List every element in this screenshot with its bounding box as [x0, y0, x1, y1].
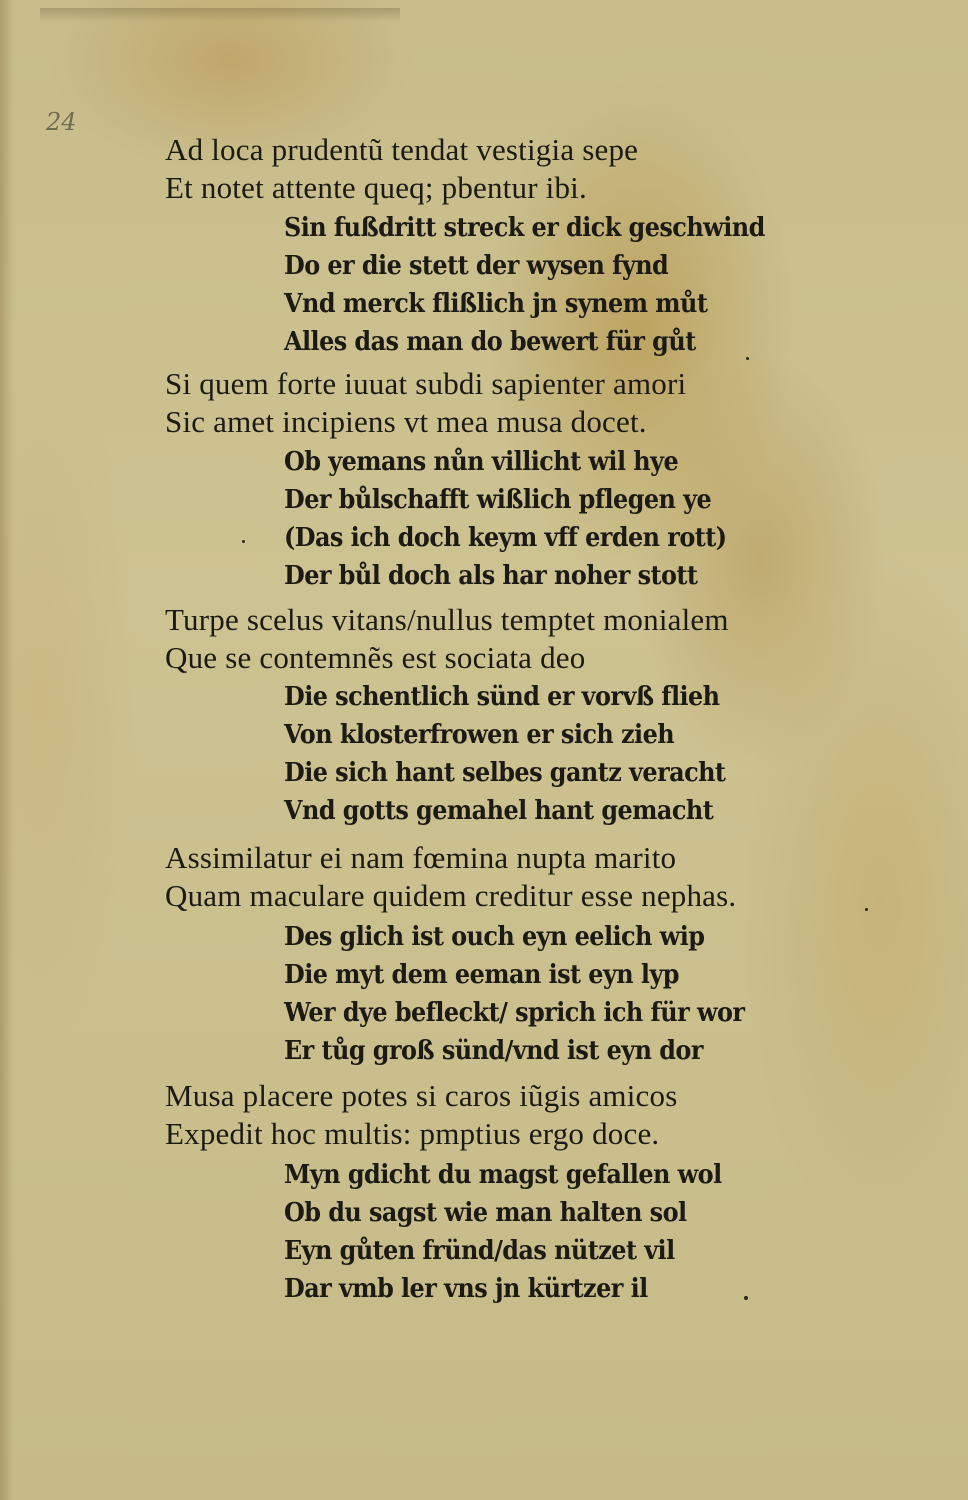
german-line: Dar vmb ler vns jn kürtzer il: [284, 1274, 648, 1304]
latin-line: Assimilatur ei nam fœmina nupta marito: [165, 840, 676, 876]
german-line: Vnd gotts gemahel hant gemacht: [284, 796, 713, 826]
german-line: (Das ich doch keym vff erden rott): [284, 523, 727, 553]
german-line: Der bůl doch als har noher stott: [284, 561, 697, 591]
german-line: Wer dye befleckt/ sprich ich für wor: [284, 998, 744, 1028]
folio-number: 24: [46, 108, 77, 136]
ink-speck: [744, 1296, 748, 1300]
scanned-page: 24 Ad loca prudentũ tendat vestigia sepe…: [0, 0, 968, 1500]
german-line: Der bůlschafft wißlich pflegen ye: [284, 485, 711, 515]
latin-line: Ad loca prudentũ tendat vestigia sepe: [165, 132, 638, 168]
german-line: Do er die stett der wysen fynd: [284, 251, 668, 281]
german-line: Eyn gůten fründ/das nützet vil: [284, 1236, 675, 1266]
german-line: Ob du sagst wie man halten sol: [284, 1198, 687, 1228]
latin-line: Et notet attente queq; pbentur ibi.: [165, 170, 587, 206]
latin-line: Quam maculare quidem creditur esse nepha…: [165, 878, 736, 914]
latin-line: Turpe scelus vitans/nullus temptet monia…: [165, 602, 729, 638]
german-line: Alles das man do bewert für gůt: [284, 327, 696, 357]
latin-line: Si quem forte iuuat subdi sapienter amor…: [165, 366, 686, 402]
ink-speck: [865, 908, 868, 911]
latin-line: Sic amet incipiens vt mea musa docet.: [165, 404, 647, 440]
german-line: Vnd merck flißlich jn synem můt: [284, 289, 707, 319]
ink-speck: [746, 357, 749, 360]
german-line: Sin fußdritt streck er dick geschwind: [284, 213, 765, 243]
latin-line: Musa placere potes si caros iũgis amicos: [165, 1078, 677, 1114]
german-line: Ob yemans nůn villicht wil hye: [284, 447, 678, 477]
ink-speck: [242, 540, 245, 543]
german-line: Die myt dem eeman ist eyn lyp: [284, 960, 679, 990]
latin-line: Que se contemnẽs est sociata deo: [165, 640, 585, 676]
german-line: Er tůg groß sünd/vnd ist eyn dor: [284, 1036, 703, 1066]
german-line: Die sich hant selbes gantz veracht: [284, 758, 725, 788]
german-line: Von klosterfrowen er sich zieh: [284, 720, 674, 750]
german-line: Die schentlich sünd er vorvß flieh: [284, 682, 720, 712]
page-gutter-shadow: [0, 0, 14, 1500]
german-line: Des glich ist ouch eyn eelich wip: [284, 922, 704, 952]
page-top-shadow: [40, 8, 400, 22]
german-line: Myn gdicht du magst gefallen wol: [284, 1160, 722, 1190]
latin-line: Expedit hoc multis: pmptius ergo doce.: [165, 1116, 659, 1152]
